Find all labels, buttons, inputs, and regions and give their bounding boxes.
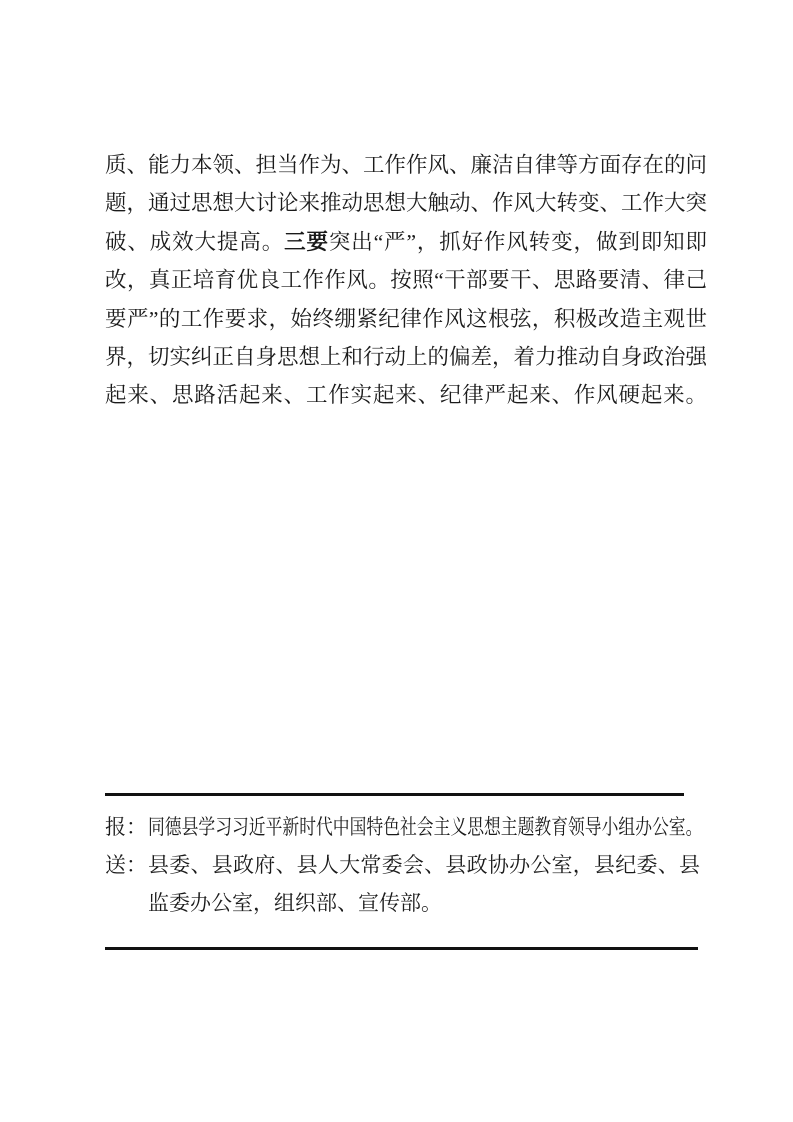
body-line-7-text: 起来、思路活起来、工作实起来、纪律严起来、作风硬起来。 (105, 383, 707, 407)
separator-line-top (105, 793, 684, 796)
document-page: 质、能力本领、担当作为、工作作风、廉洁自律等方面存在的问 题，通过思想大讨论来推… (0, 0, 793, 1122)
body-line-1-text: 质、能力本领、担当作为、工作作风、廉洁自律等方面存在的问 (105, 153, 707, 177)
body-line-4: 改，真正培育优良工作作风。按照“干部要干、思路要清、律己 (105, 261, 707, 299)
report-to-text: 同德县学习习近平新时代中国特色社会主义思想主题教育领导小组办公室。 (148, 808, 702, 846)
body-line-3-bold-phrase: 三要 (284, 230, 329, 254)
body-paragraph: 质、能力本领、担当作为、工作作风、廉洁自律等方面存在的问 题，通过思想大讨论来推… (105, 146, 707, 415)
body-line-3-pre: 破、成效大提高。 (105, 230, 284, 254)
distribution-block: 报： 同德县学习习近平新时代中国特色社会主义思想主题教育领导小组办公室。 送： … (105, 793, 700, 950)
send-to-text-line2: 监委办公室，组织部、宣传部。 (148, 884, 442, 922)
body-line-7: 起来、思路活起来、工作实起来、纪律严起来、作风硬起来。 (105, 376, 707, 414)
send-to-row-continuation: 监委办公室，组织部、宣传部。 (105, 884, 700, 922)
report-to-row: 报： 同德县学习习近平新时代中国特色社会主义思想主题教育领导小组办公室。 (105, 808, 700, 846)
body-line-4-text: 改，真正培育优良工作作风。按照“干部要干、思路要清、律己 (105, 268, 707, 292)
report-to-content: 同德县学习习近平新时代中国特色社会主义思想主题教育领导小组办公室。 (148, 808, 700, 846)
body-line-5: 要严”的工作要求，始终绷紧纪律作风这根弦，积极改造主观世 (105, 300, 707, 338)
send-to-text-line1: 县委、县政府、县人大常委会、县政协办公室，县纪委、县 (148, 846, 700, 884)
body-line-2-text: 题，通过思想大讨论来推动思想大触动、作风大转变、工作大突 (105, 191, 707, 215)
body-line-1: 质、能力本领、担当作为、工作作风、廉洁自律等方面存在的问 (105, 146, 707, 184)
body-line-6-text: 界，切实纠正自身思想上和行动上的偏差，着力推动自身政治强 (105, 345, 707, 369)
body-line-6: 界，切实纠正自身思想上和行动上的偏差，着力推动自身政治强 (105, 338, 707, 376)
send-to-row: 送： 县委、县政府、县人大常委会、县政协办公室，县纪委、县 (105, 846, 700, 884)
report-to-label: 报： (105, 808, 148, 846)
send-to-label: 送： (105, 846, 148, 884)
separator-line-bottom (105, 947, 698, 951)
body-line-3-post: 突出“严”，抓好作风转变，做到即知即 (329, 230, 707, 254)
body-line-5-text: 要严”的工作要求，始终绷紧纪律作风这根弦，积极改造主观世 (105, 307, 707, 331)
body-line-3: 破、成效大提高。三要突出“严”，抓好作风转变，做到即知即 (105, 223, 707, 261)
body-line-2: 题，通过思想大讨论来推动思想大触动、作风大转变、工作大突 (105, 184, 707, 222)
